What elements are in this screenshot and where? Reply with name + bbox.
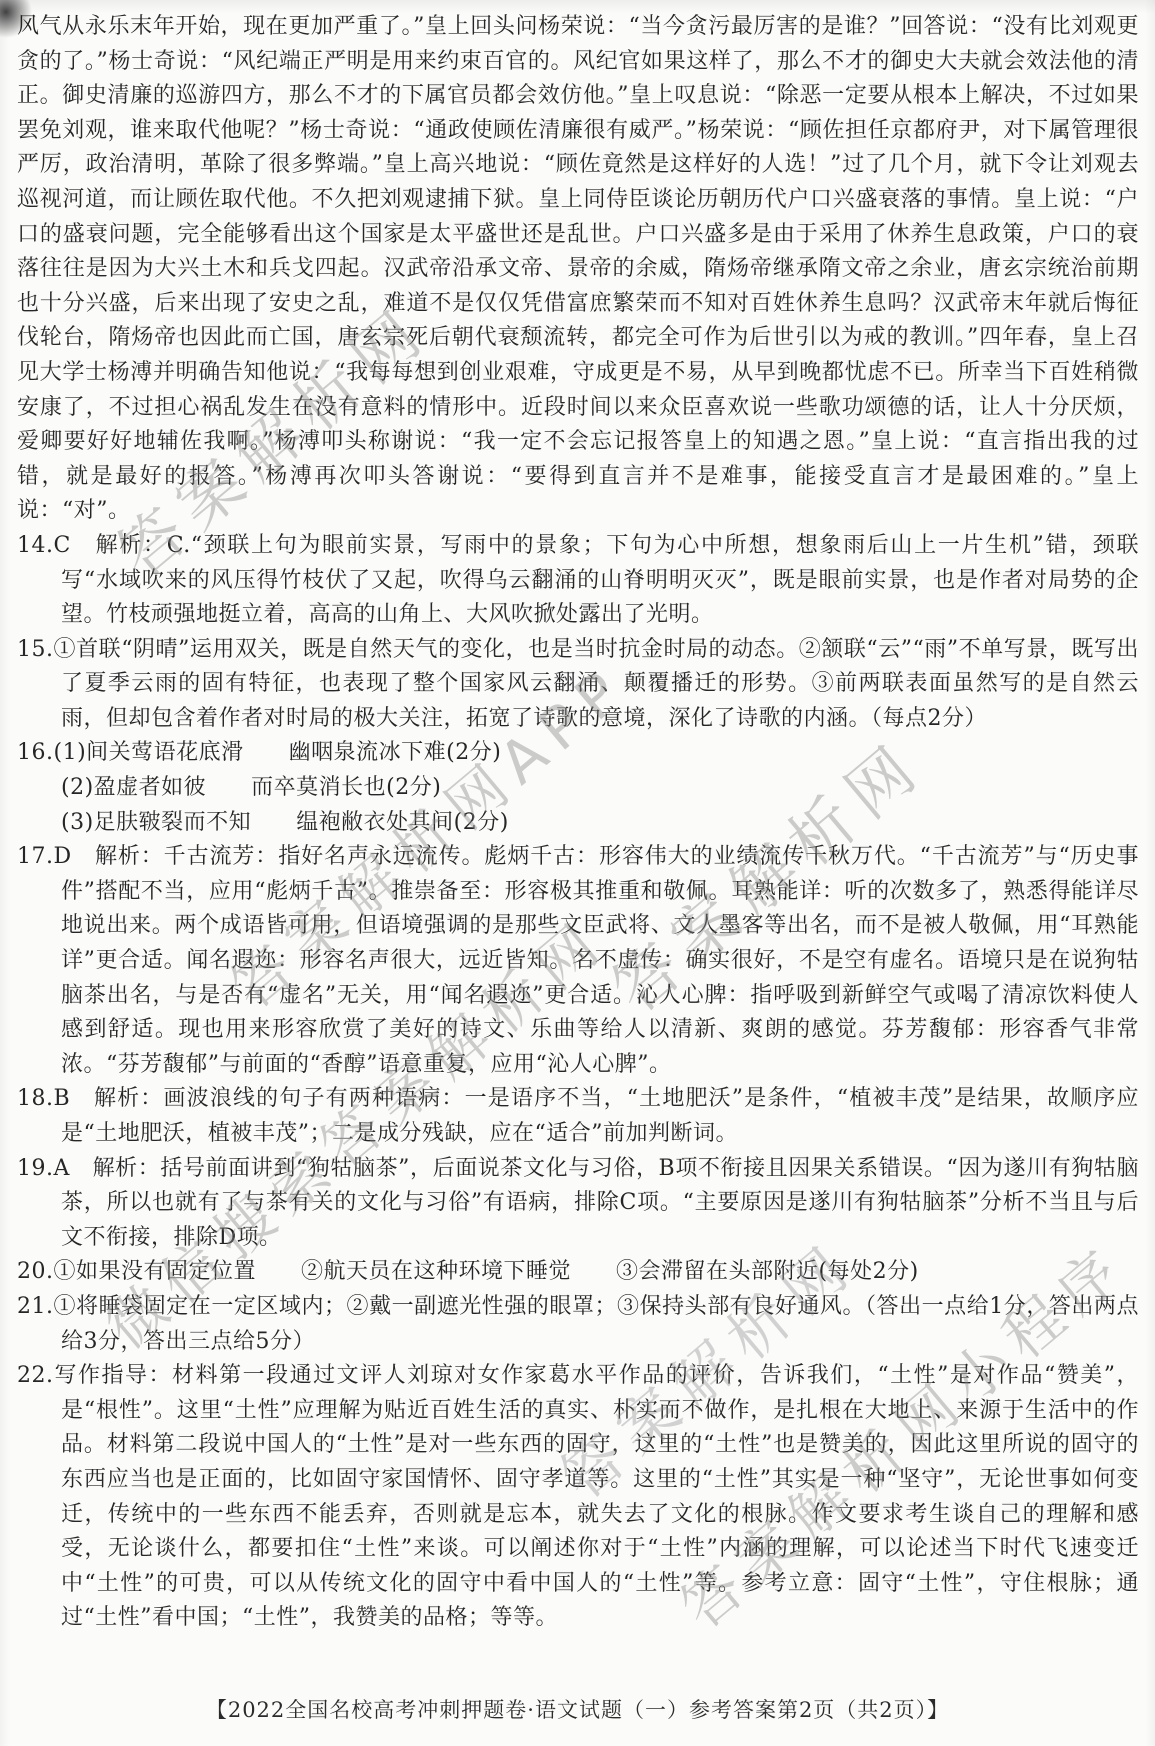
- answer-item-14: 14.C 解析：C.“颈联上句为眼前实景，写雨中的景象；下句为心中所想，想象雨后…: [17, 529, 1139, 633]
- answer-content: 风气从永乐末年开始，现在更加严重了。”皇上回头问杨荣说：“当今贪污最厉害的是谁？…: [17, 10, 1139, 1636]
- answer-item-15: 15.①首联“阴晴”运用双关，既是自然天气的变化，也是当时抗金时局的动态。②颔联…: [17, 633, 1139, 737]
- scanned-answer-page: 风气从永乐末年开始，现在更加严重了。”皇上回头问杨荣说：“当今贪污最厉害的是谁？…: [0, 0, 1155, 1746]
- answer-item-18: 18.B 解析：画波浪线的句子有两种语病：一是语序不当，“土地肥沃”是条件，“植…: [17, 1082, 1139, 1151]
- answer-item-17: 17.D 解析：千古流芳：指好名声永远流传。彪炳千古：形容伟大的业绩流传千秋万代…: [17, 840, 1139, 1082]
- answer-item-16-line-2: (2)盈虚者如彼 而卒莫消长也(2分): [17, 771, 1139, 806]
- answer-item-22: 22.写作指导：材料第一段通过文评人刘琼对女作家葛水平作品的评价，告诉我们，“土…: [17, 1359, 1139, 1636]
- answer-item-16-line-3: (3)足肤皲裂而不知 缊袍敝衣处其间(2分): [17, 806, 1139, 841]
- answer-item-21: 21.①将睡袋固定在一定区域内；②戴一副遮光性强的眼罩；③保持头部有良好通风。（…: [17, 1290, 1139, 1359]
- translation-paragraph: 风气从永乐末年开始，现在更加严重了。”皇上回头问杨荣说：“当今贪污最厉害的是谁？…: [17, 10, 1139, 529]
- answer-item-19: 19.A 解析：括号前面讲到“狗牯脑茶”，后面说茶文化与习俗，B项不衔接且因果关…: [17, 1152, 1139, 1256]
- page-footer: 【2022全国名校高考冲刺押题卷·语文试题（一）参考答案第2页（共2页）】: [0, 1694, 1155, 1724]
- answer-item-16-line-1: 16.(1)间关莺语花底滑 幽咽泉流冰下难(2分): [17, 736, 1139, 771]
- answer-item-20: 20.①如果没有固定位置 ②航天员在这种环境下睡觉 ③会滞留在头部附近(每处2分…: [17, 1255, 1139, 1290]
